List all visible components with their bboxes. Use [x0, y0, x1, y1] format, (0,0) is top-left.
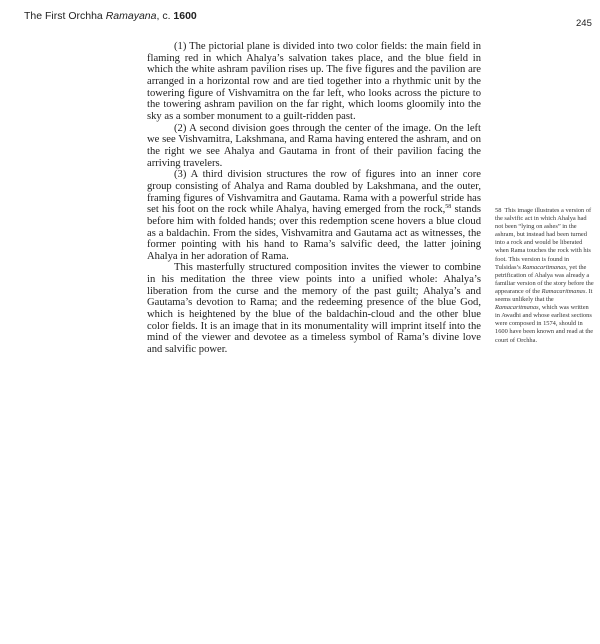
running-head: The First Orchha Ramayana, c. 1600 [24, 10, 197, 22]
footnote-italic-1: Ramacaritmanas [522, 264, 566, 271]
footnote-text-1: This image illustrates a version of the … [495, 207, 591, 271]
main-text: (1) The pictorial plane is divided into … [147, 41, 481, 356]
paragraph-1: (1) The pictorial plane is divided into … [147, 41, 481, 123]
footnote-58: 58This image illustrates a version of th… [495, 207, 595, 345]
running-head-year: 1600 [173, 10, 196, 22]
footnote-italic-3: Ramacaritmanas [495, 304, 539, 311]
page-number: 245 [576, 18, 592, 29]
paragraph-3-part-1: (3) A third division structures the row … [147, 169, 481, 215]
running-head-suffix: , c. [156, 10, 173, 22]
footnote-italic-2: Ramacaritmanas [542, 288, 586, 295]
running-head-prefix: The First Orchha [24, 10, 106, 22]
paragraph-2: (2) A second division goes through the c… [147, 123, 481, 170]
footnote-number: 58 [495, 207, 501, 214]
paragraph-3: (3) A third division structures the row … [147, 169, 481, 262]
paragraph-4: This masterfully structured composition … [147, 262, 481, 355]
running-head-italic-title: Ramayana [106, 10, 157, 22]
